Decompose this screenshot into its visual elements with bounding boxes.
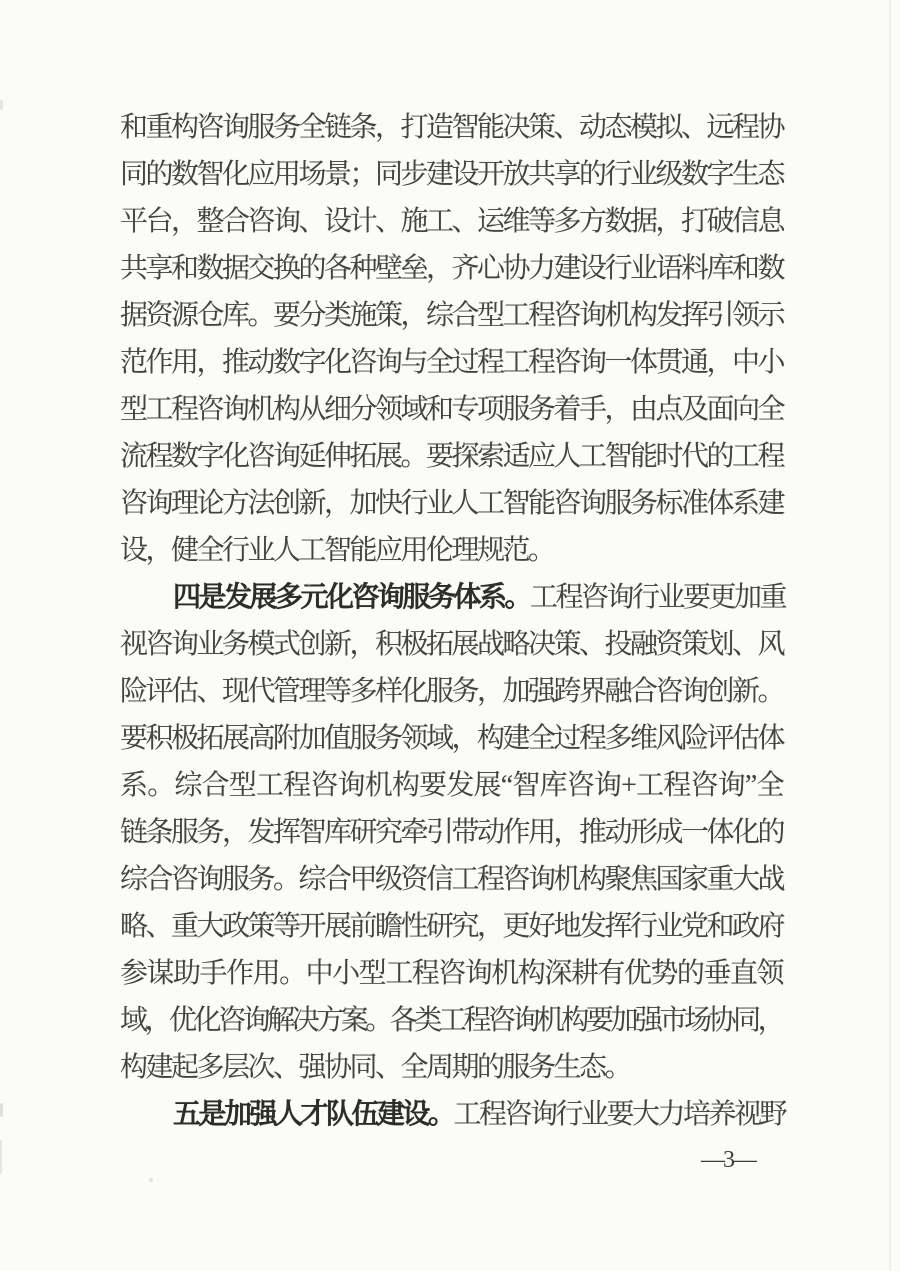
text-line: 系。综合型工程咨询机构要发展“智库咨询+工程咨询”全 [120, 762, 782, 809]
text-line: 综合咨询服务。综合甲级资信工程咨询机构聚焦国家重大战 [120, 856, 782, 903]
text-line: 参谋助手作用。中小型工程咨询机构深耕有优势的垂直领 [120, 950, 782, 997]
text-line: 同的数智化应用场景；同步建设开放共享的行业级数字生态 [120, 151, 782, 198]
scan-speck [149, 1178, 153, 1182]
text-line: 范作用，推动数字化咨询与全过程工程咨询一体贯通，中小 [120, 339, 782, 386]
document-page: 和重构咨询服务全链条，打造智能决策、动态模拟、远程协 同的数智化应用场景；同步建… [0, 0, 900, 1271]
text-line: 视咨询业务模式创新，积极拓展战略决策、投融资策划、风 [120, 621, 782, 668]
text-line: 型工程咨询机构从细分领域和专项服务着手，由点及面向全 [120, 386, 782, 433]
scan-speck [308, 740, 312, 743]
text-line: 险评估、现代管理等多样化服务，加强跨界融合咨询创新。 [120, 668, 782, 715]
text-line: 构建起多层次、强协同、全周期的服务生态。 [120, 1044, 782, 1091]
text-line: 要积极拓展高附加值服务领域，构建全过程多维风险评估体 [120, 715, 782, 762]
scan-speck [0, 1140, 2, 1174]
text-segment: 工程咨询行业要更加重 [530, 582, 785, 613]
scan-speck [0, 100, 3, 110]
text-line: 和重构咨询服务全链条，打造智能决策、动态模拟、远程协 [120, 104, 782, 151]
paragraph-heading-line: 四是发展多元化咨询服务体系。工程咨询行业要更加重 [120, 574, 782, 621]
text-line: 域，优化咨询解决方案。各类工程咨询机构要加强市场协同， [120, 997, 782, 1044]
paragraph-heading-line: 五是加强人才队伍建设。工程咨询行业要大力培养视野 [120, 1091, 782, 1138]
scan-edge-line [889, 0, 891, 1271]
scan-speck [0, 1103, 3, 1117]
text-line: 略、重大政策等开展前瞻性研究，更好地发挥行业党和政府 [120, 903, 782, 950]
text-line: 共享和数据交换的各种壁垒，齐心协力建设行业语料库和数 [120, 245, 782, 292]
document-text-block: 和重构咨询服务全链条，打造智能决策、动态模拟、远程协 同的数智化应用场景；同步建… [120, 104, 782, 1138]
paragraph-heading: 五是加强人才队伍建设。 [173, 1099, 454, 1130]
text-line: 平台，整合咨询、设计、施工、运维等多方数据，打破信息 [120, 198, 782, 245]
text-line: 链条服务，发挥智库研究牵引带动作用，推动形成一体化的 [120, 809, 782, 856]
scan-speck [307, 583, 311, 586]
text-line: 咨询理论方法创新，加快行业人工智能咨询服务标准体系建 [120, 480, 782, 527]
text-segment: 工程咨询行业要大力培养视野 [454, 1099, 786, 1130]
paragraph-heading: 四是发展多元化咨询服务体系。 [173, 582, 530, 613]
text-line: 设，健全行业人工智能应用伦理规范。 [120, 527, 782, 574]
text-line: 流程数字化咨询延伸拓展。要探索适应人工智能时代的工程 [120, 433, 782, 480]
page-number: —3— [700, 1144, 756, 1176]
text-line: 据资源仓库。要分类施策，综合型工程咨询机构发挥引领示 [120, 292, 782, 339]
